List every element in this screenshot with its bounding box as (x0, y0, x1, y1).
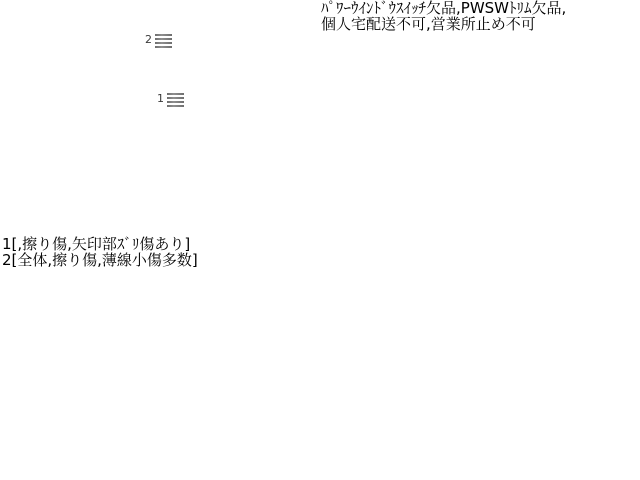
icon-line (155, 38, 172, 40)
legend-line2: 2[全体,擦り傷,薄線小傷多数] (2, 252, 198, 268)
icon-line (167, 101, 184, 103)
icon-line (155, 34, 172, 36)
legend-line1: 1[,擦り傷,矢印部ｽﾞﾘ傷あり] (2, 236, 198, 252)
marker-number: 1 (157, 93, 164, 105)
marker-number: 2 (145, 34, 152, 46)
icon-line (167, 93, 184, 95)
damage-annotation-canvas: ﾊﾟﾜｰｳｲﾝﾄﾞｳｽｲｯﾁ欠品,PWSWﾄﾘﾑ欠品, 個人宅配送不可,営業所止… (0, 0, 640, 480)
scratch-lines-icon (167, 92, 184, 107)
damage-marker-2: 2 (145, 33, 172, 48)
icon-line (167, 97, 184, 99)
condition-note-line1: ﾊﾟﾜｰｳｲﾝﾄﾞｳｽｲｯﾁ欠品,PWSWﾄﾘﾑ欠品, (321, 0, 639, 16)
icon-line (155, 42, 172, 44)
condition-note: ﾊﾟﾜｰｳｲﾝﾄﾞｳｽｲｯﾁ欠品,PWSWﾄﾘﾑ欠品, 個人宅配送不可,営業所止… (321, 0, 639, 32)
scratch-lines-icon (155, 33, 172, 48)
damage-legend: 1[,擦り傷,矢印部ｽﾞﾘ傷あり] 2[全体,擦り傷,薄線小傷多数] (2, 236, 198, 268)
condition-note-line2: 個人宅配送不可,営業所止め不可 (321, 16, 639, 32)
damage-marker-1: 1 (157, 92, 184, 107)
icon-line (155, 46, 172, 48)
icon-line (167, 105, 184, 107)
